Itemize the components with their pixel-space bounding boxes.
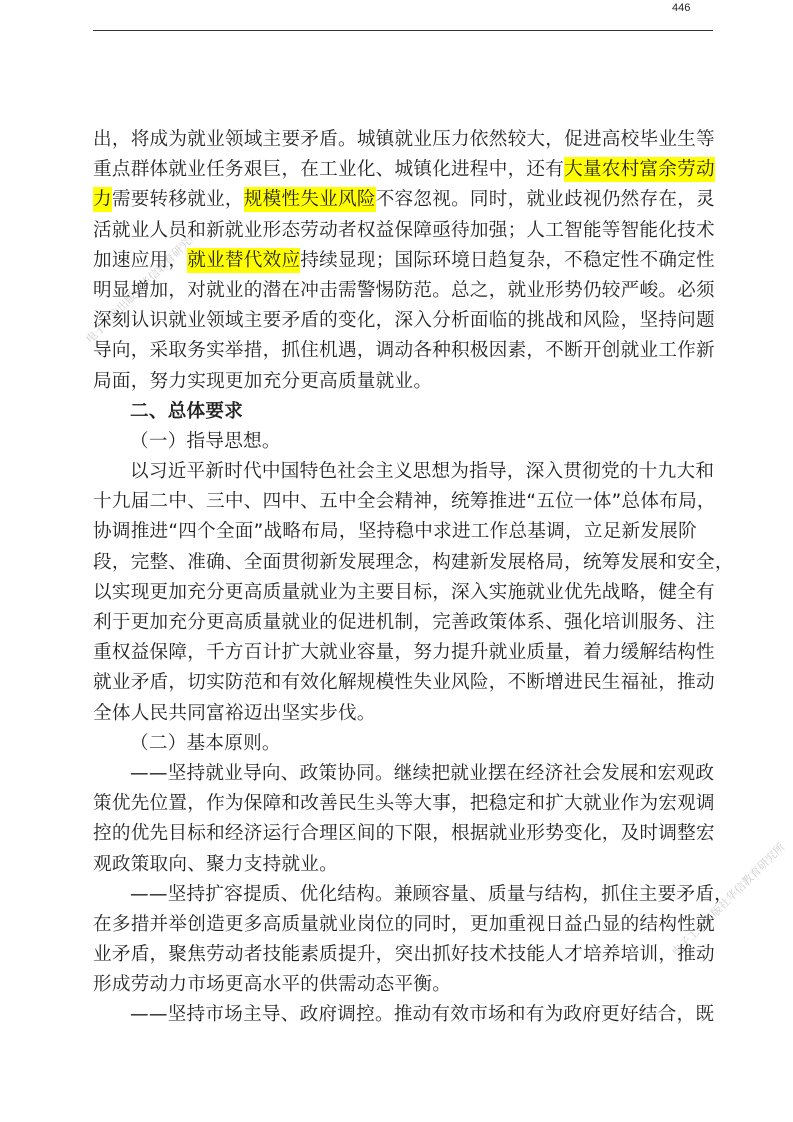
text-line: 活就业人员和新就业形态劳动者权益保障亟待加强；人工智能等智能化技术 <box>93 216 715 246</box>
text-segment: 重点群体就业任务艰巨，在工业化、城镇化进程中，还有 <box>93 159 564 180</box>
text-segment: 利于更加充分更高质量就业的促进机制，完善政策体系、强化培训服务、注 <box>93 612 715 633</box>
text-line: 力需要转移就业，规模性失业风险不容忽视。同时，就业歧视仍然存在，灵 <box>93 185 715 215</box>
text-line: 以习近平新时代中国特色社会主义思想为指导，深入贯彻党的十九大和 <box>93 457 715 487</box>
text-segment: 形成劳动力市场更高水平的供需动态平衡。 <box>93 974 451 995</box>
text-line: 段，完整、准确、全面贯彻新发展理念，构建新发展格局，统筹发展和安全， <box>93 548 715 578</box>
text-segment: 段，完整、准确、全面贯彻新发展理念，构建新发展格局，统筹发展和安全， <box>93 552 734 573</box>
text-segment: 加速应用， <box>93 250 187 271</box>
text-segment: 深刻认识就业领域主要矛盾的变化，深入分析面临的挑战和风险，坚持问题 <box>93 310 715 331</box>
text-segment: （二）基本原则。 <box>130 733 281 754</box>
text-segment: 业矛盾，聚焦劳动者技能素质提升，突出抓好技术技能人才培养培训，推动 <box>93 944 715 965</box>
text-segment: 需要转移就业， <box>112 189 244 210</box>
text-line: 业矛盾，聚焦劳动者技能素质提升，突出抓好技术技能人才培养培训，推动 <box>93 940 715 970</box>
text-line: 明显增加，对就业的潜在冲击需警惕防范。总之，就业形势仍较严峻。必须 <box>93 276 715 306</box>
text-line: 十九届二中、三中、四中、五中全会精神，统筹推进“五位一体”总体布局， <box>93 487 715 517</box>
text-line: 协调推进“四个全面”战略布局，坚持稳中求进工作总基调，立足新发展阶 <box>93 517 715 547</box>
subsection-heading: （一）指导思想。 <box>93 427 715 457</box>
text-line: 利于更加充分更高质量就业的促进机制，完善政策体系、强化培训服务、注 <box>93 608 715 638</box>
text-segment: 不容忽视。同时，就业歧视仍然存在，灵 <box>376 189 715 210</box>
highlighted-phrase: 就业替代效应 <box>187 248 300 273</box>
text-segment: 以实现更加充分更高质量就业为主要目标，深入实施就业优先战略，健全有 <box>93 582 715 603</box>
text-line: 策优先位置，作为保障和改善民生头等大事，把稳定和扩大就业作为宏观调 <box>93 789 715 819</box>
text-line: 深刻认识就业领域主要矛盾的变化，深入分析面临的挑战和风险，坚持问题 <box>93 306 715 336</box>
page-number: 446 <box>672 2 690 14</box>
text-segment: 明显增加，对就业的潜在冲击需警惕防范。总之，就业形势仍较严峻。必须 <box>93 280 715 301</box>
text-segment: 就业矛盾，切实防范和有效化解规模性失业风险，不断增进民生福祉，推动 <box>93 672 715 693</box>
text-line: 导向，采取务实举措，抓住机遇，调动各种积极因素，不断开创就业工作新 <box>93 336 715 366</box>
text-segment: 十九届二中、三中、四中、五中全会精神，统筹推进“五位一体”总体布局， <box>93 491 716 512</box>
text-line: 以实现更加充分更高质量就业为主要目标，深入实施就业优先战略，健全有 <box>93 578 715 608</box>
subsection-heading: （二）基本原则。 <box>93 729 715 759</box>
text-segment: 控的优先目标和经济运行合理区间的下限，根据就业形势变化，及时调整宏 <box>93 823 715 844</box>
document-body: 出，将成为就业领域主要矛盾。城镇就业压力依然较大，促进高校毕业生等重点群体就业任… <box>93 125 715 1031</box>
highlighted-phrase: 规模性失业风险 <box>244 187 376 212</box>
text-segment: 重权益保障，千方百计扩大就业容量，努力提升就业质量，着力缓解结构性 <box>93 642 715 663</box>
text-line: ——坚持就业导向、政策协同。继续把就业摆在经济社会发展和宏观政 <box>93 759 715 789</box>
text-segment: 局面，努力实现更加充分更高质量就业。 <box>93 371 432 392</box>
section-heading: 二、总体要求 <box>93 397 715 427</box>
text-line: 重点群体就业任务艰巨，在工业化、城镇化进程中，还有大量农村富余劳动 <box>93 155 715 185</box>
text-line: 全体人民共同富裕迈出坚实步伐。 <box>93 699 715 729</box>
highlighted-phrase: 大量农村富余劳动 <box>564 157 715 182</box>
text-segment: 在多措并举创造更多高质量就业岗位的同时，更加重视日益凸显的结构性就 <box>93 914 715 935</box>
text-line: 控的优先目标和经济运行合理区间的下限，根据就业形势变化，及时调整宏 <box>93 819 715 849</box>
text-segment: 观政策取向、聚力支持就业。 <box>93 854 338 875</box>
text-segment: 出，将成为就业领域主要矛盾。城镇就业压力依然较大，促进高校毕业生等 <box>93 129 715 150</box>
text-line: 就业矛盾，切实防范和有效化解规模性失业风险，不断增进民生福祉，推动 <box>93 668 715 698</box>
text-segment: 策优先位置，作为保障和改善民生头等大事，把稳定和扩大就业作为宏观调 <box>93 793 715 814</box>
text-segment: 活就业人员和新就业形态劳动者权益保障亟待加强；人工智能等智能化技术 <box>93 220 715 241</box>
text-line: 出，将成为就业领域主要矛盾。城镇就业压力依然较大，促进高校毕业生等 <box>93 125 715 155</box>
text-line: 重权益保障，千方百计扩大就业容量，努力提升就业质量，着力缓解结构性 <box>93 638 715 668</box>
text-segment: ——坚持市场主导、政府调控。推动有效市场和有为政府更好结合，既 <box>130 1004 714 1025</box>
text-segment: ——坚持就业导向、政策协同。继续把就业摆在经济社会发展和宏观政 <box>130 763 714 784</box>
text-segment: 导向，采取务实举措，抓住机遇，调动各种积极因素，不断开创就业工作新 <box>93 340 715 361</box>
text-line: 形成劳动力市场更高水平的供需动态平衡。 <box>93 970 715 1000</box>
text-segment: ——坚持扩容提质、优化结构。兼顾容量、质量与结构，抓住主要矛盾， <box>130 884 733 905</box>
text-segment: 持续显现；国际环境日趋复杂，不稳定性不确定性 <box>300 250 715 271</box>
text-segment: 全体人民共同富裕迈出坚实步伐。 <box>93 703 376 724</box>
text-segment: 二、总体要求 <box>130 401 243 422</box>
highlighted-phrase: 力 <box>93 187 112 212</box>
text-line: 局面，努力实现更加充分更高质量就业。 <box>93 367 715 397</box>
header-rule <box>93 30 713 31</box>
text-line: ——坚持市场主导、政府调控。推动有效市场和有为政府更好结合，既 <box>93 1000 715 1030</box>
text-line: 加速应用，就业替代效应持续显现；国际环境日趋复杂，不稳定性不确定性 <box>93 246 715 276</box>
text-segment: 协调推进“四个全面”战略布局，坚持稳中求进工作总基调，立足新发展阶 <box>93 521 697 542</box>
text-line: 观政策取向、聚力支持就业。 <box>93 850 715 880</box>
text-segment: 以习近平新时代中国特色社会主义思想为指导，深入贯彻党的十九大和 <box>130 461 714 482</box>
text-line: ——坚持扩容提质、优化结构。兼顾容量、质量与结构，抓住主要矛盾， <box>93 880 715 910</box>
text-line: 在多措并举创造更多高质量就业岗位的同时，更加重视日益凸显的结构性就 <box>93 910 715 940</box>
text-segment: （一）指导思想。 <box>130 431 281 452</box>
